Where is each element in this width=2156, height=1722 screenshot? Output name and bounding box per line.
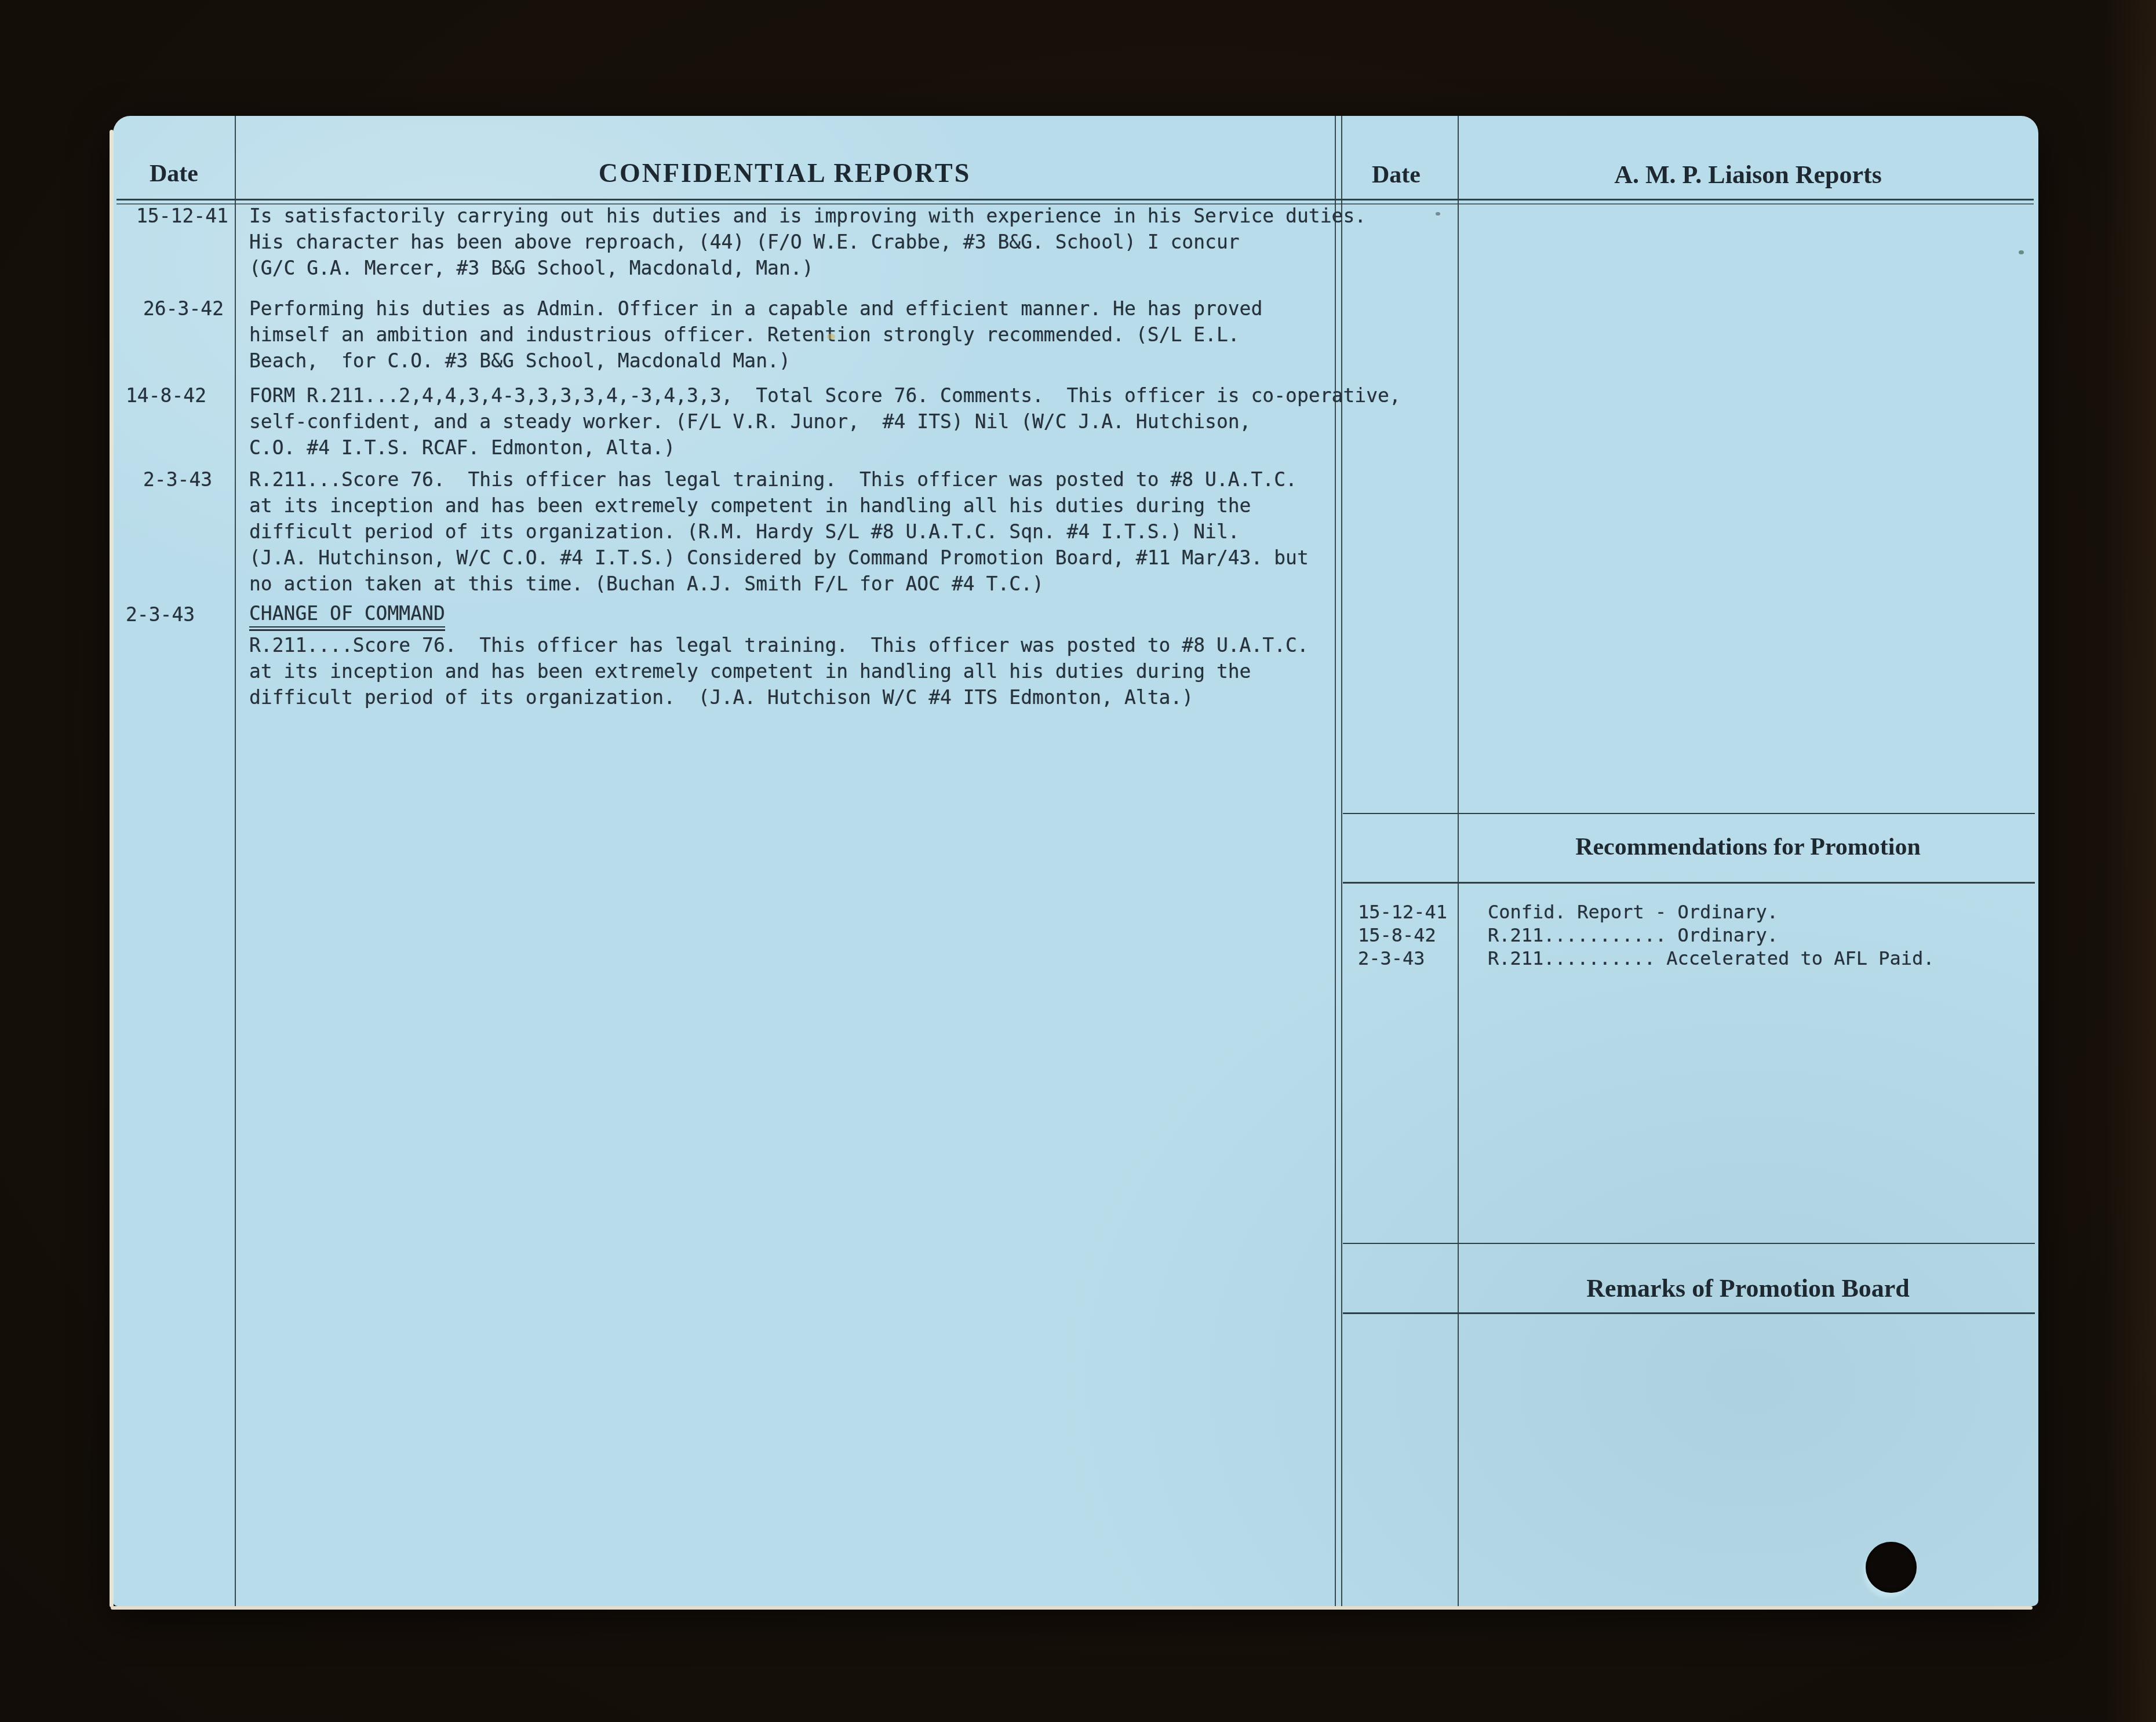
recommendation-date: 15-8-42	[1358, 924, 1436, 947]
personnel-record-card: Date CONFIDENTIAL REPORTS Date A. M. P. …	[113, 116, 2038, 1606]
scan-background: Date CONFIDENTIAL REPORTS Date A. M. P. …	[0, 0, 2156, 1722]
promotion-recommendation-row: 2-3-43 R.211.......... Accelerated to AF…	[113, 947, 2038, 970]
recommendation-text: R.211.......... Accelerated to AFL Paid.	[1488, 947, 1935, 970]
promotion-recommendation-row: 15-12-41 Confid. Report - Ordinary.	[113, 900, 2038, 924]
promotion-recommendations-list: 15-12-41 Confid. Report - Ordinary. 15-8…	[113, 116, 2038, 1606]
recommendation-text: R.211........... Ordinary.	[1488, 924, 1778, 947]
recommendation-text: Confid. Report - Ordinary.	[1488, 900, 1778, 924]
promotion-recommendation-row: 15-8-42 R.211........... Ordinary.	[113, 924, 2038, 947]
paper-speck	[1436, 212, 1440, 216]
recommendation-date: 15-12-41	[1358, 900, 1447, 924]
paper-speck	[827, 334, 835, 340]
recommendation-date: 2-3-43	[1358, 947, 1425, 970]
paper-speck	[2019, 250, 2024, 254]
punch-hole	[1866, 1542, 1917, 1593]
